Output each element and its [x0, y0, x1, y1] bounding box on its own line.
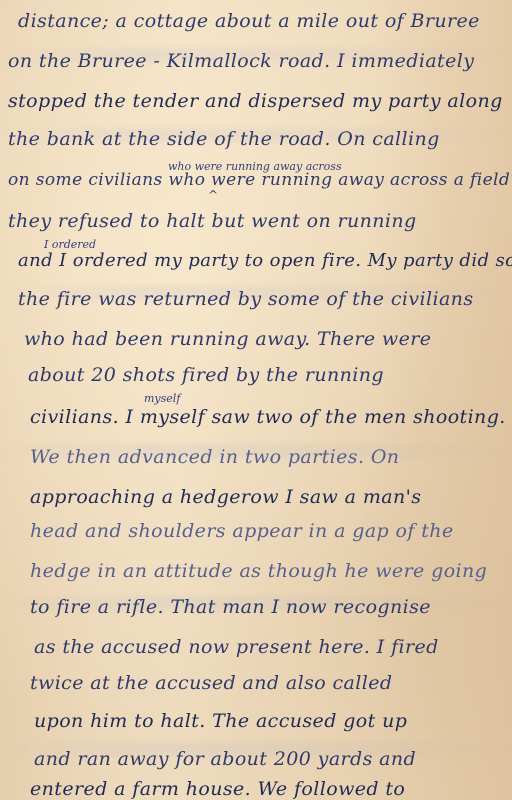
line-text: on some civilians who were running away …	[8, 172, 512, 189]
line-text: as the accused now present here. I fired	[34, 638, 439, 657]
line-text: and I ordered my party to open fire. My …	[18, 252, 512, 270]
line-text: distance; a cottage about a mile out of …	[18, 12, 480, 31]
line-text: the bank at the side of the road. On cal…	[8, 130, 440, 149]
line-text: who had been running away. There were	[24, 330, 431, 349]
line-text: We then advanced in two parties. On	[30, 448, 399, 467]
line-text: head and shoulders appear in a gap of th…	[30, 522, 454, 541]
line-text: upon him to halt. The accused got up	[34, 712, 407, 731]
line-text: hedge in an attitude as though he were g…	[30, 562, 487, 581]
line-text: entered a farm house. We followed to	[30, 780, 405, 799]
line-text: on the Bruree - Kilmallock road. I immed…	[8, 52, 474, 71]
line-text: the fire was returned by some of the civ…	[18, 290, 473, 309]
line-text: civilians. I myself saw two of the men s…	[30, 408, 506, 427]
interlinear-insertion: myself	[144, 392, 180, 405]
line-text: twice at the accused and also called	[30, 674, 392, 693]
insertion-caret-icon: ^	[208, 188, 218, 202]
line-text: they refused to halt but went on running	[8, 212, 417, 231]
line-text: approaching a hedgerow I saw a man's	[30, 488, 421, 507]
line-text: and ran away for about 200 yards and	[34, 750, 416, 769]
manuscript-page: distance; a cottage about a mile out of …	[0, 0, 512, 800]
line-text: stopped the tender and dispersed my part…	[8, 92, 503, 111]
line-text: to fire a rifle. That man I now recognis…	[30, 598, 431, 617]
line-text: about 20 shots fired by the running	[28, 366, 384, 385]
